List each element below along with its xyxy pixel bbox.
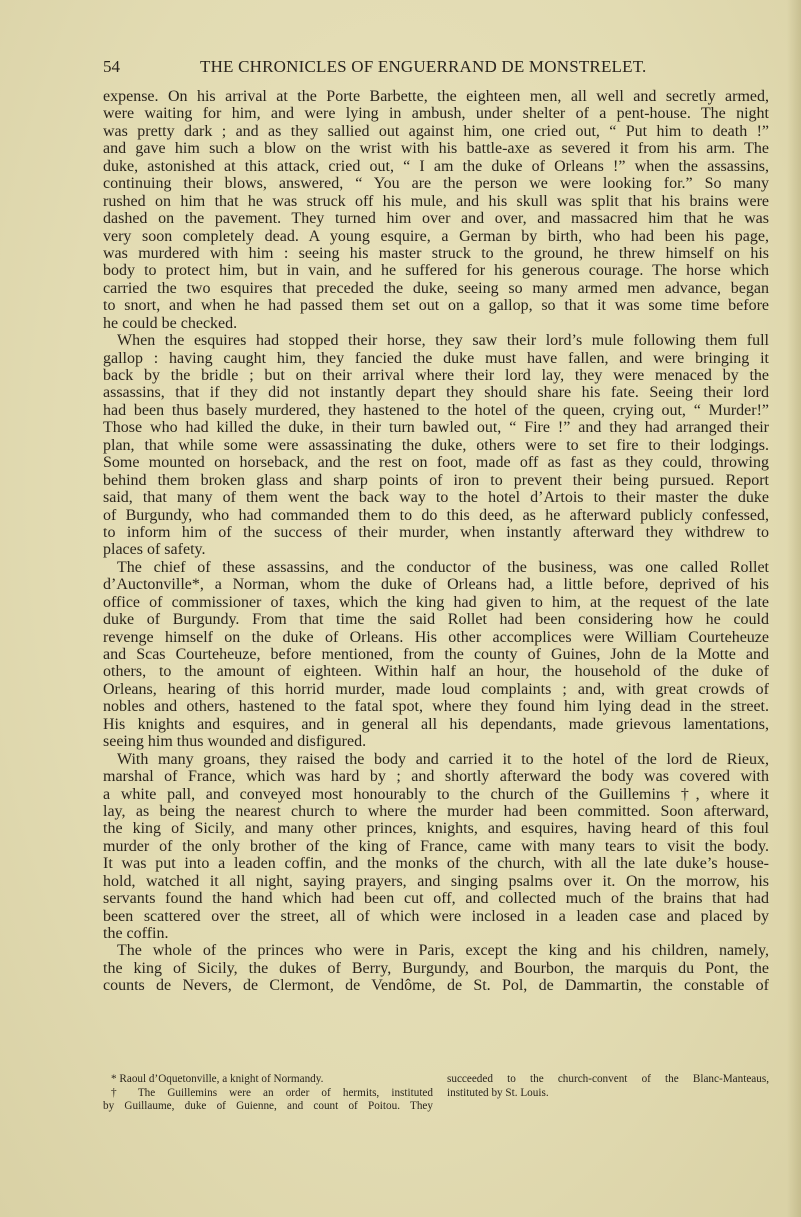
text-line: marshal of France, which was hard by ; a…: [103, 768, 769, 785]
text-line: continuing their blows, answered, “ You …: [103, 175, 769, 192]
text-line: was murdered with him : seeing his maste…: [103, 245, 769, 262]
text-line: Those who had killed the duke, in their …: [103, 419, 769, 436]
text-line: was pretty dark ; and as they sallied ou…: [103, 123, 769, 140]
running-head: 54 THE CHRONICLES OF ENGUERRAND DE MONST…: [103, 57, 703, 79]
text-line: the coffin.: [103, 925, 769, 942]
text-line: hold, watched it all night, saying praye…: [103, 873, 769, 890]
text-line: office of commissioner of taxes, which t…: [103, 594, 769, 611]
text-line: seeing him thus wounded and disfigured.: [103, 733, 769, 750]
text-line: expense. On his arrival at the Porte Bar…: [103, 88, 769, 105]
text-line: lay, as being the nearest church to wher…: [103, 803, 769, 820]
running-title: THE CHRONICLES OF ENGUERRAND DE MONSTREL…: [200, 57, 647, 77]
text-line: had been thus basely murdered, they hast…: [103, 402, 769, 419]
text-line: back by the bridle ; but on their arriva…: [103, 367, 769, 384]
text-line: he could be checked.: [103, 315, 769, 332]
footnote-line: * Raoul d’Oquetonville, a knight of Norm…: [103, 1073, 433, 1087]
text-line: been scattered over the street, all of w…: [103, 908, 769, 925]
text-line: Orleans, hearing of this horrid murder, …: [103, 681, 769, 698]
text-line: It was put into a leaden coffin, and the…: [103, 855, 769, 872]
text-line: a white pall, and conveyed most honourab…: [103, 786, 769, 803]
text-line: were waiting for him, and were lying in …: [103, 105, 769, 122]
text-line: said, that many of them went the back wa…: [103, 489, 769, 506]
book-page: 54 THE CHRONICLES OF ENGUERRAND DE MONST…: [0, 0, 801, 1217]
footnote-line: instituted by St. Louis.: [447, 1087, 769, 1101]
footnote-line: by Guillaume, duke of Guienne, and count…: [103, 1100, 433, 1114]
text-line: behind them broken glass and sharp point…: [103, 472, 769, 489]
text-line: the king of Sicily, and many other princ…: [103, 820, 769, 837]
text-line: nobles and others, hastened to the fatal…: [103, 698, 769, 715]
text-line: of Burgundy, who had commanded them to d…: [103, 507, 769, 524]
text-line: and Scas Courteheuze, before mentioned, …: [103, 646, 769, 663]
text-line: to inform him of the success of their mu…: [103, 524, 769, 541]
paragraph-start-line: When the esquires had stopped their hors…: [103, 332, 769, 349]
text-line: revenge himself on the duke of Orleans. …: [103, 629, 769, 646]
text-line: murder of the only brother of the king o…: [103, 838, 769, 855]
text-line: gallop : having caught him, they fancied…: [103, 350, 769, 367]
text-line: assassins, that if they did not instantl…: [103, 384, 769, 401]
text-line: His knights and esquires, and in general…: [103, 716, 769, 733]
text-line: duke, astonished at this attack, cried o…: [103, 158, 769, 175]
text-line: servants found the hand which had been c…: [103, 890, 769, 907]
text-line: places of safety.: [103, 541, 769, 558]
text-line: rushed on him that he was struck off his…: [103, 193, 769, 210]
text-line: and gave him such a blow on the wrist wi…: [103, 140, 769, 157]
paragraph-start-line: The chief of these assassins, and the co…: [103, 559, 769, 576]
footnote-line: succeeded to the church-convent of the B…: [447, 1073, 769, 1087]
text-line: body to protect him, but in vain, and he…: [103, 262, 769, 279]
text-line: dashed on the pavement. They turned him …: [103, 210, 769, 227]
footnotes-right-column: succeeded to the church-convent of the B…: [447, 1073, 769, 1100]
text-line: the king of Sicily, the dukes of Berry, …: [103, 960, 769, 977]
text-line: carried the two esquires that preceded t…: [103, 280, 769, 297]
text-line: others, to the amount of eighteen. Withi…: [103, 663, 769, 680]
text-line: to snort, and when he had passed them se…: [103, 297, 769, 314]
page-edge-shadow: [787, 0, 801, 1217]
text-line: d’Auctonville*, a Norman, whom the duke …: [103, 576, 769, 593]
body-text: expense. On his arrival at the Porte Bar…: [103, 88, 769, 995]
text-line: counts de Nevers, de Clermont, de Vendôm…: [103, 977, 769, 994]
paragraph-start-line: With many groans, they raised the body a…: [103, 751, 769, 768]
paragraph-start-line: The whole of the princes who were in Par…: [103, 942, 769, 959]
footnotes-left-column: * Raoul d’Oquetonville, a knight of Norm…: [103, 1073, 433, 1114]
text-line: Some mounted on horseback, and the rest …: [103, 454, 769, 471]
text-line: plan, that while some were assassinating…: [103, 437, 769, 454]
page-number: 54: [103, 57, 120, 77]
text-line: duke of Burgundy. From that time the sai…: [103, 611, 769, 628]
footnote-line: † The Guillemins were an order of hermit…: [103, 1087, 433, 1101]
text-line: very soon completely dead. A young esqui…: [103, 228, 769, 245]
